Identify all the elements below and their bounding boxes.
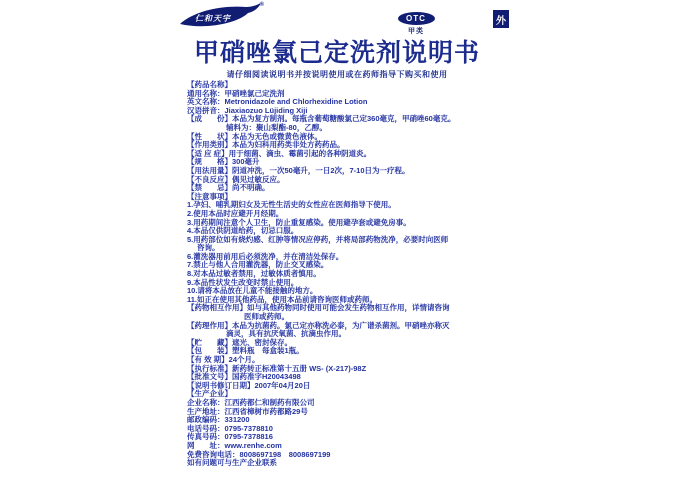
usage-notice: 请仔细阅读说明书并按说明使用或在药师指导下购买和使用 (0, 69, 674, 80)
external-use-badge: 外 (493, 10, 509, 28)
insert-body: 【药品名称】通用名称：甲硝唑氯己定洗剂英文名称：Metronidazole an… (187, 81, 539, 468)
insert-line: 5.用药部位如有烧灼感、红肿等情况应停药，并将局部药物洗净，必要时向医师 (187, 236, 539, 245)
field-value: 尚不明确。 (232, 183, 270, 192)
brand-logo: 仁和天宇 ® (178, 3, 264, 31)
insert-line: 【禁 忌】尚不明确。 (187, 184, 539, 193)
field-value: 5.用药部位如有烧灼感、红肿等情况应停药，并将局部药物洗净，必要时向医师 (187, 235, 448, 244)
insert-line: 【说明书修订日期】2007年04月20日 (187, 382, 539, 391)
field-label: 【药物相互作用】 (187, 303, 247, 312)
brand-logo-text: 仁和天宇 (195, 13, 231, 24)
insert-line: 【药物相互作用】如与其他药物同时使用可能会发生药物相互作用，详情请咨询 (187, 304, 539, 313)
page-title: 甲硝唑氯己定洗剂说明书 (0, 33, 674, 69)
registered-trademark-icon: ® (260, 2, 264, 8)
field-value: 如有问题可与生产企业联系 (187, 458, 277, 467)
field-value: 2007年04月20日 (255, 381, 311, 390)
insert-line: 如有问题可与生产企业联系 (187, 459, 539, 468)
package-insert-page: 仁和天宇 ® OTC 甲类 外 甲硝唑氯己定洗剂说明书 请仔细阅读说明书并按说明… (0, 0, 674, 489)
otc-oval-icon: OTC (398, 12, 435, 25)
